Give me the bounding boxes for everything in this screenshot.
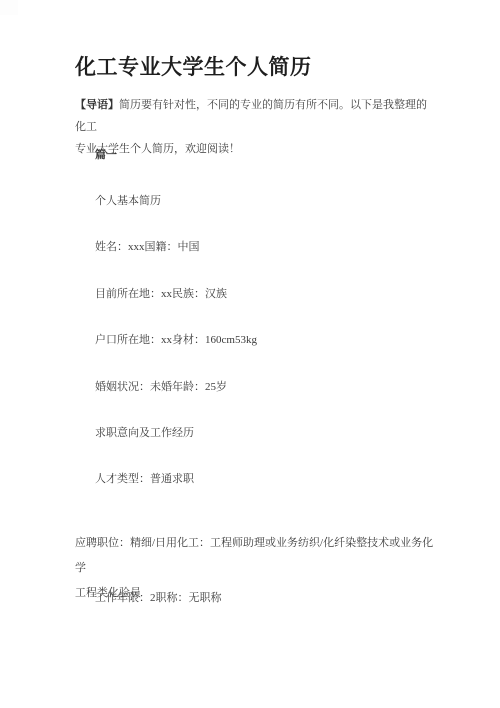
article-page: 化工专业大学生个人简历 【导语】简历要有针对性，不同的专业的简历有所不同。以下是…: [0, 0, 500, 708]
resume-line-talent-type: 人才类型：普通求职: [95, 474, 194, 485]
resume-line-location-ethnicity: 目前所在地：xx民族：汉族: [95, 289, 227, 300]
section-heading: 篇一: [95, 150, 117, 161]
resume-line-basic-heading: 个人基本简历: [95, 196, 161, 207]
work-years-line: 工作年限：2职称：无职称: [95, 593, 222, 604]
resume-line-marital-age: 婚姻状况：未婚年龄：25岁: [95, 382, 227, 393]
intro-lead-label: 【导语】: [75, 99, 119, 111]
intro-paragraph: 【导语】简历要有针对性，不同的专业的简历有所不同。以下是我整理的化工 专业大学生…: [75, 94, 435, 160]
intro-text: 简历要有针对性，不同的专业的简历有所不同。以下是我整理的化工 专业大学生个人简历…: [75, 99, 427, 155]
resume-line-registry-stature: 户口所在地：xx身材：160cm53kg: [95, 335, 257, 346]
resume-line-objective-heading: 求职意向及工作经历: [95, 428, 194, 439]
scan-artifact: [0, 0, 18, 15]
page-title: 化工专业大学生个人简历: [75, 54, 312, 80]
resume-line-name-nationality: 姓名：xxx国籍：中国: [95, 242, 200, 253]
